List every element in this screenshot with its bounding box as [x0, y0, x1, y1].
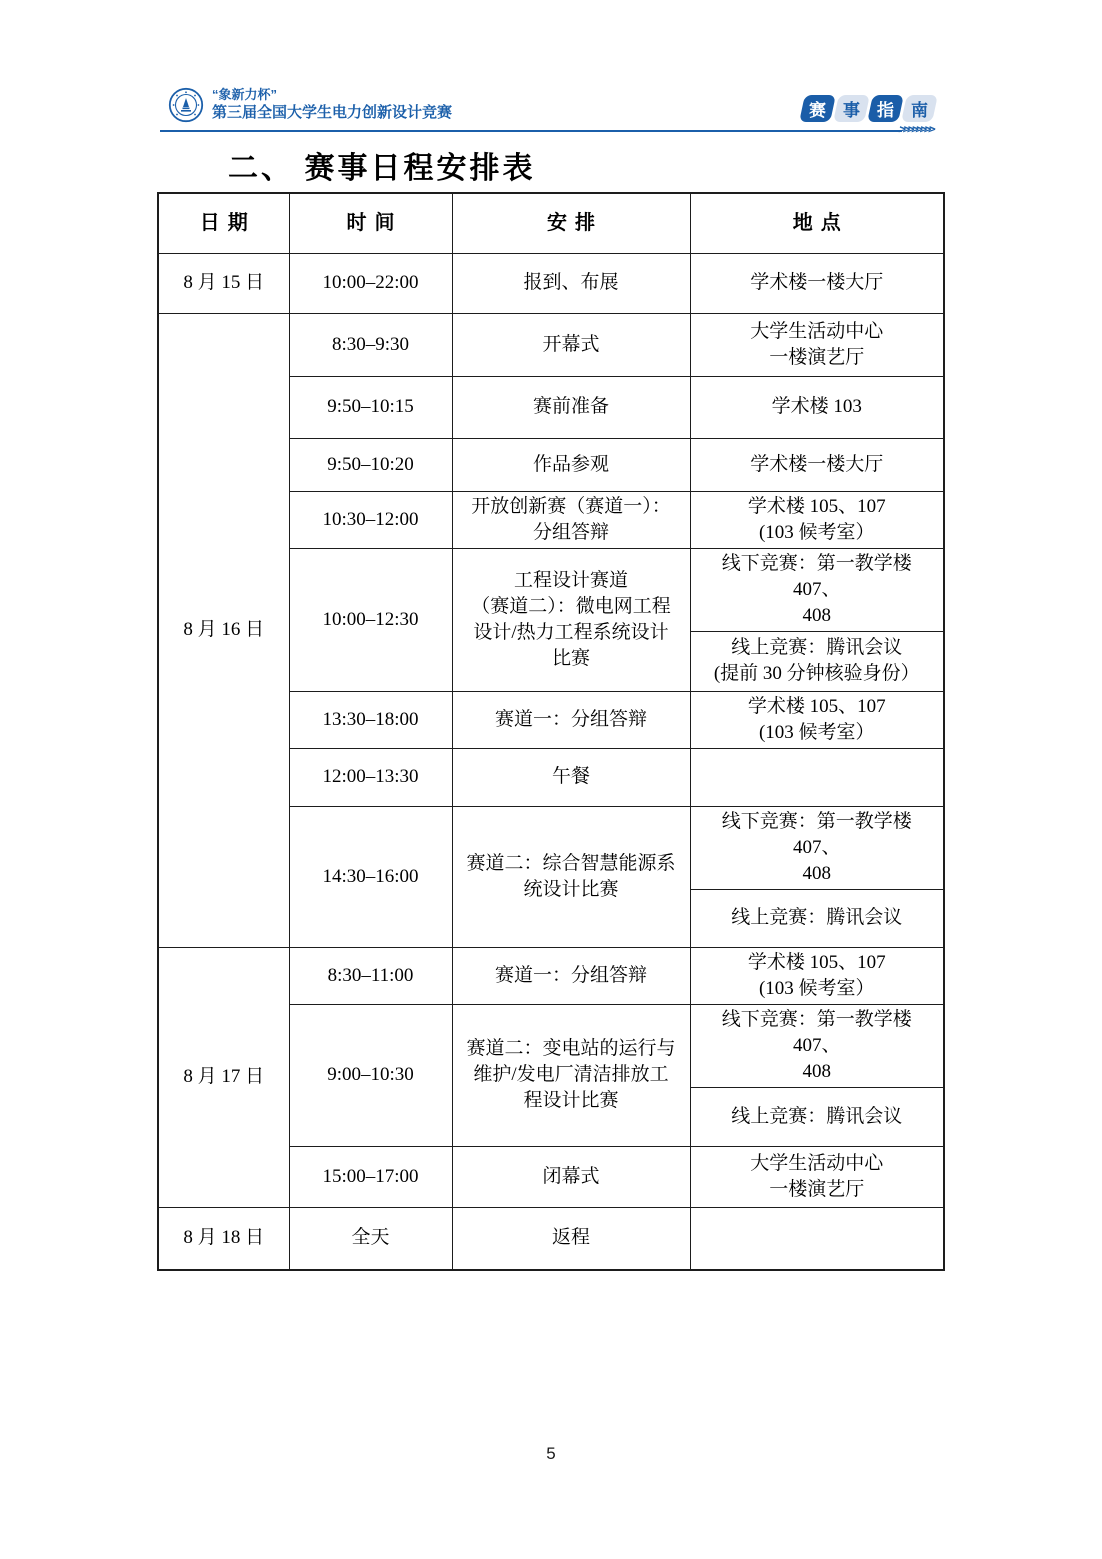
table-row: 8 月 16 日 8:30–9:30 开幕式 大学生活动中心 一楼演艺厅: [158, 313, 944, 376]
place-cell: [690, 1207, 944, 1270]
time-cell: 9:50–10:20: [289, 438, 452, 491]
badge-char: 指: [877, 96, 894, 121]
time-cell: 9:50–10:15: [289, 376, 452, 438]
place-cell-online: 线上竞赛：腾讯会议 (提前 30 分钟核验身份）: [690, 631, 944, 691]
badge-tile-2: 事: [833, 95, 870, 122]
time-cell: 10:00–12:30: [289, 548, 452, 691]
place-cell-online: 线上竞赛：腾讯会议: [690, 889, 944, 947]
schedule-table: 日期 时间 安排 地点 8 月 15 日 10:00–22:00 报到、布展 学…: [157, 192, 945, 1271]
badge-tile-3: 指: [867, 95, 904, 122]
time-cell: 8:30–11:00: [289, 947, 452, 1004]
time-cell: 15:00–17:00: [289, 1146, 452, 1207]
place-cell: 学术楼 103: [690, 376, 944, 438]
event-cell: 赛道一：分组答辩: [452, 947, 690, 1004]
date-cell: 8 月 15 日: [158, 253, 289, 313]
table-row: 8 月 17 日 8:30–11:00 赛道一：分组答辩 学术楼 105、107…: [158, 947, 944, 1004]
column-header-time: 时间: [289, 193, 452, 253]
time-cell: 13:30–18:00: [289, 691, 452, 748]
brand-text: “象新力杯” 第三届全国大学生电力创新设计竞赛: [212, 87, 452, 122]
column-header-place: 地点: [690, 193, 944, 253]
table-row: 8 月 18 日 全天 返程: [158, 1207, 944, 1270]
place-cell-offline: 线下竞赛：第一教学楼 407、 408: [690, 548, 944, 631]
time-cell: 10:30–12:00: [289, 491, 452, 548]
table-row: 8 月 15 日 10:00–22:00 报到、布展 学术楼一楼大厅: [158, 253, 944, 313]
document-page: “象新力杯” 第三届全国大学生电力创新设计竞赛 赛 事 指 南 >>>>>>>>…: [0, 0, 1102, 1559]
badge-char: 南: [911, 96, 928, 121]
time-cell: 9:00–10:30: [289, 1004, 452, 1146]
page-number: 5: [0, 1444, 1102, 1464]
event-cell: 返程: [452, 1207, 690, 1270]
date-cell: 8 月 18 日: [158, 1207, 289, 1270]
place-cell: 学术楼一楼大厅: [690, 253, 944, 313]
event-cell: 工程设计赛道 （赛道二）：微电网工程 设计/热力工程系统设计 比赛: [452, 548, 690, 691]
badge-char: 事: [843, 96, 860, 121]
place-cell: 学术楼 105、107 (103 候考室）: [690, 491, 944, 548]
time-cell: 10:00–22:00: [289, 253, 452, 313]
time-cell: 12:00–13:30: [289, 748, 452, 806]
brand-cup-name: “象新力杯”: [212, 87, 452, 103]
chevron-arrows-icon: >>>>>>>>: [898, 122, 946, 136]
event-cell: 午餐: [452, 748, 690, 806]
place-cell: 学术楼 105、107 (103 候考室）: [690, 691, 944, 748]
event-cell: 赛道二：综合智慧能源系 统设计比赛: [452, 806, 690, 947]
place-cell-online: 线上竞赛：腾讯会议: [690, 1087, 944, 1146]
event-guide-badge: 赛 事 指 南: [802, 95, 935, 122]
badge-char: 赛: [809, 96, 826, 121]
time-cell: 全天: [289, 1207, 452, 1270]
event-cell: 赛道一：分组答辩: [452, 691, 690, 748]
event-cell: 闭幕式: [452, 1146, 690, 1207]
brand-competition-name: 第三届全国大学生电力创新设计竞赛: [212, 103, 452, 122]
event-cell: 开幕式: [452, 313, 690, 376]
event-cell: 报到、布展: [452, 253, 690, 313]
column-header-date: 日期: [158, 193, 289, 253]
badge-tile-1: 赛: [799, 95, 836, 122]
event-cell: 赛道二：变电站的运行与 维护/发电厂清洁排放工 程设计比赛: [452, 1004, 690, 1146]
university-seal-icon: [168, 87, 204, 123]
header-divider: [160, 130, 902, 132]
place-cell: 大学生活动中心 一楼演艺厅: [690, 313, 944, 376]
place-cell: 大学生活动中心 一楼演艺厅: [690, 1146, 944, 1207]
date-cell: 8 月 16 日: [158, 313, 289, 947]
table-header-row: 日期 时间 安排 地点: [158, 193, 944, 253]
event-cell: 作品参观: [452, 438, 690, 491]
column-header-event: 安排: [452, 193, 690, 253]
place-cell-offline: 线下竞赛：第一教学楼 407、 408: [690, 806, 944, 889]
place-cell: 学术楼 105、107 (103 候考室）: [690, 947, 944, 1004]
place-cell: [690, 748, 944, 806]
time-cell: 14:30–16:00: [289, 806, 452, 947]
page-title: 二、 赛事日程安排表: [228, 143, 536, 187]
badge-tile-4: 南: [901, 95, 938, 122]
time-cell: 8:30–9:30: [289, 313, 452, 376]
event-cell: 赛前准备: [452, 376, 690, 438]
event-cell: 开放创新赛（赛道一）： 分组答辩: [452, 491, 690, 548]
date-cell: 8 月 17 日: [158, 947, 289, 1207]
place-cell-offline: 线下竞赛：第一教学楼 407、 408: [690, 1004, 944, 1087]
place-cell: 学术楼一楼大厅: [690, 438, 944, 491]
